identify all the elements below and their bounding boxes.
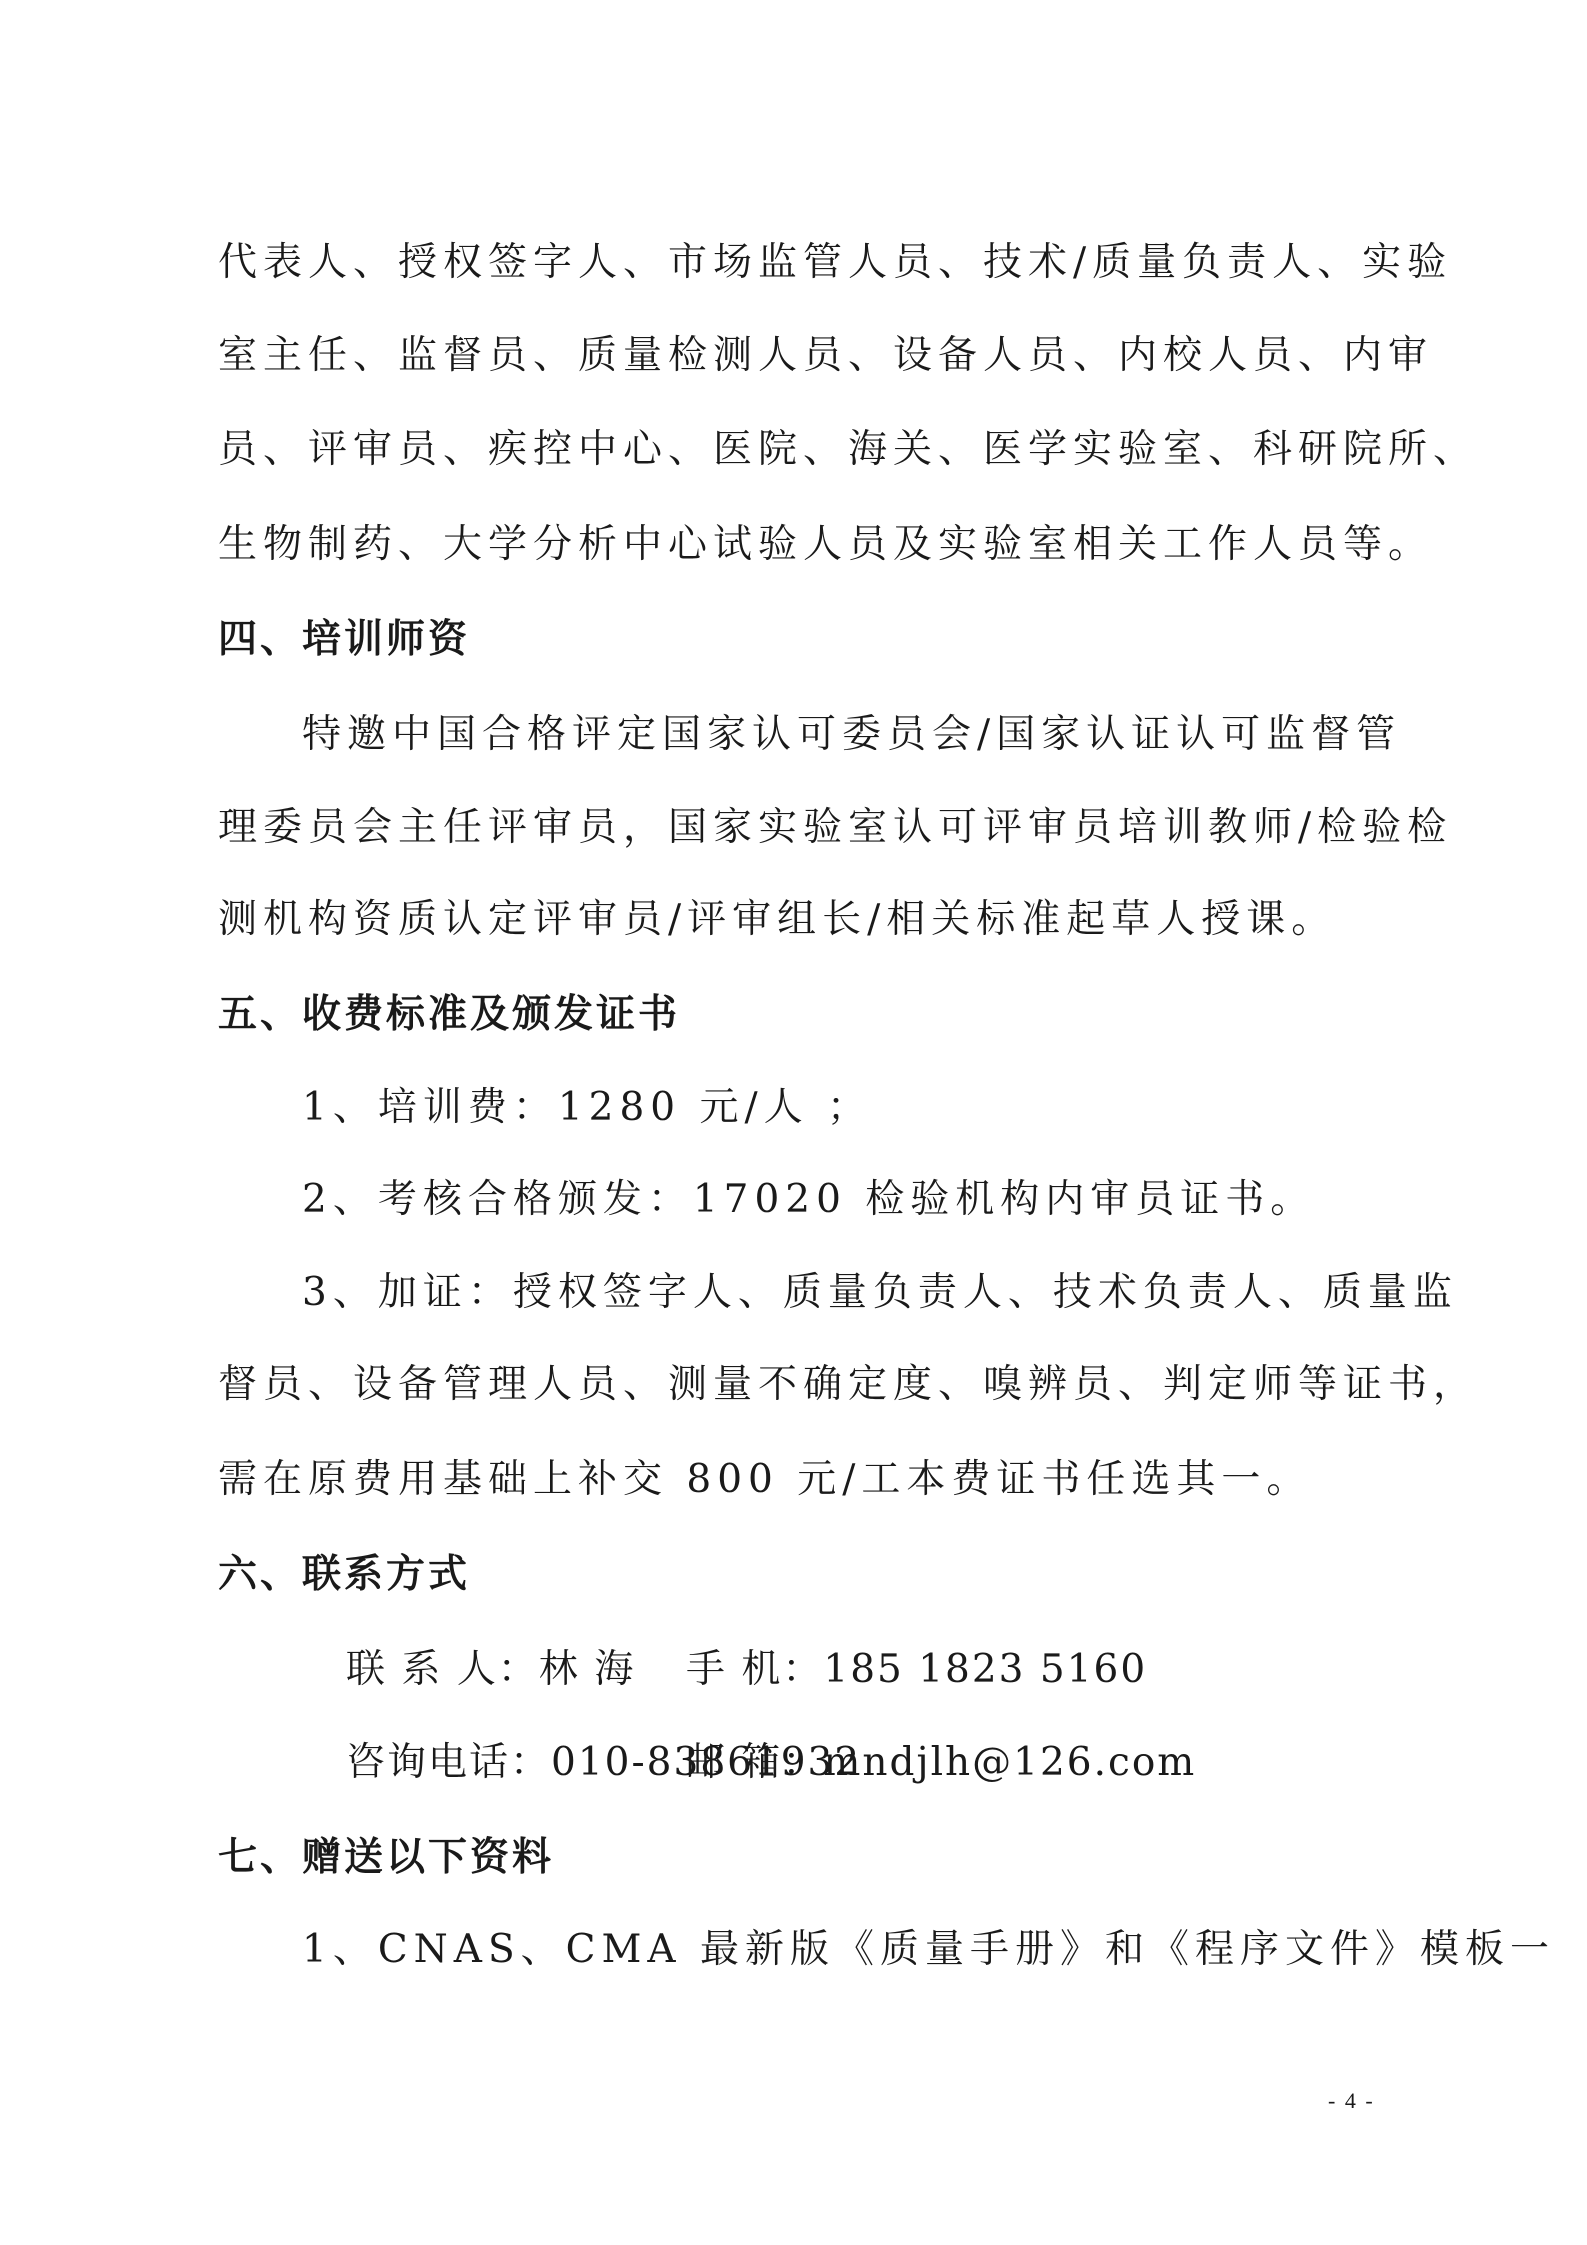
fee-item-3-line-2: 督员、设备管理人员、测量不确定度、嗅辨员、判定师等证书， bbox=[218, 1360, 1383, 1410]
fee-item-3-line-1: 3、加证：授权签字人、质量负责人、技术负责人、质量监 bbox=[302, 1268, 1383, 1318]
contact-person: 联 系 人：林 海 bbox=[346, 1645, 686, 1695]
mobile-value: 185 1823 5160 bbox=[823, 1645, 1147, 1695]
fee-item-2: 2、考核合格颁发：17020 检验机构内审员证书。 bbox=[302, 1175, 1383, 1225]
phone: 咨询电话：010-83861932 bbox=[346, 1738, 686, 1788]
page-number: - 4 - bbox=[1328, 2088, 1375, 2114]
fee-item-3-line-3: 需在原费用基础上补交 800 元/工本费证书任选其一。 bbox=[218, 1455, 1383, 1505]
gift-item-1: 1、CNAS、CMA 最新版《质量手册》和《程序文件》模板一 bbox=[302, 1925, 1383, 1975]
intro-line-1: 代表人、授权签字人、市场监管人员、技术/质量负责人、实验 bbox=[218, 238, 1383, 288]
email: 邮 箱：mndjlh@126.com bbox=[686, 1738, 1196, 1788]
contact-row-1: 联 系 人：林 海手 机：185 1823 5160 bbox=[346, 1645, 1147, 1695]
intro-line-2: 室主任、监督员、质量检测人员、设备人员、内校人员、内审 bbox=[218, 331, 1383, 381]
intro-line-4: 生物制药、大学分析中心试验人员及实验室相关工作人员等。 bbox=[218, 520, 1383, 570]
contact-person-value: 林 海 bbox=[539, 1645, 635, 1695]
email-value: mndjlh@126.com bbox=[823, 1738, 1196, 1788]
section-heading-gifts: 七、赠送以下资料 bbox=[218, 1833, 1383, 1883]
instructors-line-1: 特邀中国合格评定国家认可委员会/国家认证认可监督管 bbox=[302, 710, 1383, 760]
mobile-label: 手 机： bbox=[686, 1645, 823, 1695]
section-heading-contact: 六、联系方式 bbox=[218, 1550, 1383, 1600]
instructors-line-2: 理委员会主任评审员，国家实验室认可评审员培训教师/检验检 bbox=[218, 803, 1383, 853]
section-heading-fees: 五、收费标准及颁发证书 bbox=[218, 990, 1383, 1040]
contact-person-label: 联 系 人： bbox=[346, 1645, 539, 1695]
contact-row-2: 咨询电话：010-83861932邮 箱：mndjlh@126.com bbox=[346, 1738, 1196, 1788]
document-page: 代表人、授权签字人、市场监管人员、技术/质量负责人、实验 室主任、监督员、质量检… bbox=[0, 0, 1587, 2245]
mobile: 手 机：185 1823 5160 bbox=[686, 1645, 1147, 1695]
fee-item-1: 1、培训费：1280 元/人 ； bbox=[302, 1083, 1383, 1133]
instructors-line-3: 测机构资质认定评审员/评审组长/相关标准起草人授课。 bbox=[218, 895, 1383, 945]
section-heading-instructors: 四、培训师资 bbox=[218, 615, 1383, 665]
phone-label: 咨询电话： bbox=[346, 1738, 551, 1788]
email-label: 邮 箱： bbox=[686, 1738, 823, 1788]
intro-line-3: 员、评审员、疾控中心、医院、海关、医学实验室、科研院所、 bbox=[218, 425, 1383, 475]
